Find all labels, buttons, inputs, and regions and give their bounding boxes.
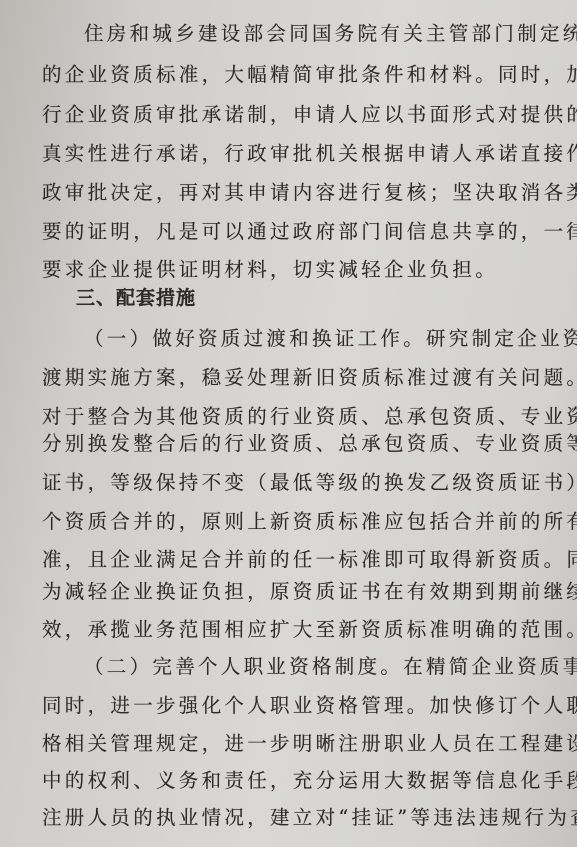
paragraph-2-line-3: 对于整合为其他资质的行业资质、总承包资质、专业资质等， (42, 405, 542, 429)
paragraph-2-line-9: 效，承揽业务范围相应扩大至新资质标准明确的范围。 (42, 618, 542, 642)
paragraph-2-line-5: 证书，等级保持不变（最低等级的换发乙级资质证书）。多 (42, 471, 542, 495)
paragraph-1-line-3: 行企业资质审批承诺制，申请人应以书面形式对提供的材料 (42, 103, 542, 127)
paragraph-3-line-1: （二）完善个人职业资格制度。在精简企业资质事项的 (84, 655, 577, 679)
paragraph-1-line-5: 政审批决定，再对其申请内容进行复核；坚决取消各类不必 (42, 181, 542, 205)
paragraph-2-line-8: 为减轻企业换证负担，原资质证书在有效期到期前继续有 (42, 580, 542, 604)
paragraph-1-line-6: 要的证明，凡是可以通过政府部门间信息共享的，一律不再 (42, 220, 542, 244)
section-heading: 三、配套措施 (76, 286, 576, 310)
document-page: 住房和城乡建设部会同国务院有关主管部门制定统一 的企业资质标准，大幅精简审批条件… (0, 0, 577, 847)
paragraph-3-line-3: 格相关管理规定，进一步明晰注册职业人员在工程建设活动 (42, 732, 542, 756)
paragraph-2-line-6: 个资质合并的，原则上新资质标准应包括合并前的所有标 (42, 510, 542, 534)
paragraph-2-line-2: 渡期实施方案，稳妥处理新旧资质标准过渡有关问题。其中， (42, 366, 542, 390)
paragraph-2-line-7: 准，且企业满足合并前的任一标准即可取得新资质。同时， (42, 548, 542, 572)
paragraph-1-line-1: 住房和城乡建设部会同国务院有关主管部门制定统一 (84, 22, 577, 46)
paragraph-1-line-2: 的企业资质标准，大幅精简审批条件和材料。同时，加快推 (42, 63, 542, 87)
paragraph-1-line-7: 要求企业提供证明材料，切实减轻企业负担。 (42, 258, 542, 282)
paragraph-1-line-4: 真实性进行承诺，行政审批机关根据申请人承诺直接作出行 (42, 142, 542, 166)
paragraph-3-line-2: 同时，进一步强化个人职业资格管理。加快修订个人职业资 (42, 694, 542, 718)
paragraph-2-line-4: 分别换发整合后的行业资质、总承包资质、专业资质等资质 (42, 432, 542, 456)
paragraph-2-line-1: （一）做好资质过渡和换证工作。研究制定企业资质过 (84, 327, 577, 351)
paragraph-3-line-4: 中的权利、义务和责任，充分运用大数据等信息化手段评估 (42, 769, 542, 793)
paragraph-3-line-5: 注册人员的执业情况，建立对“挂证”等违法违规行为查处 (42, 806, 542, 830)
